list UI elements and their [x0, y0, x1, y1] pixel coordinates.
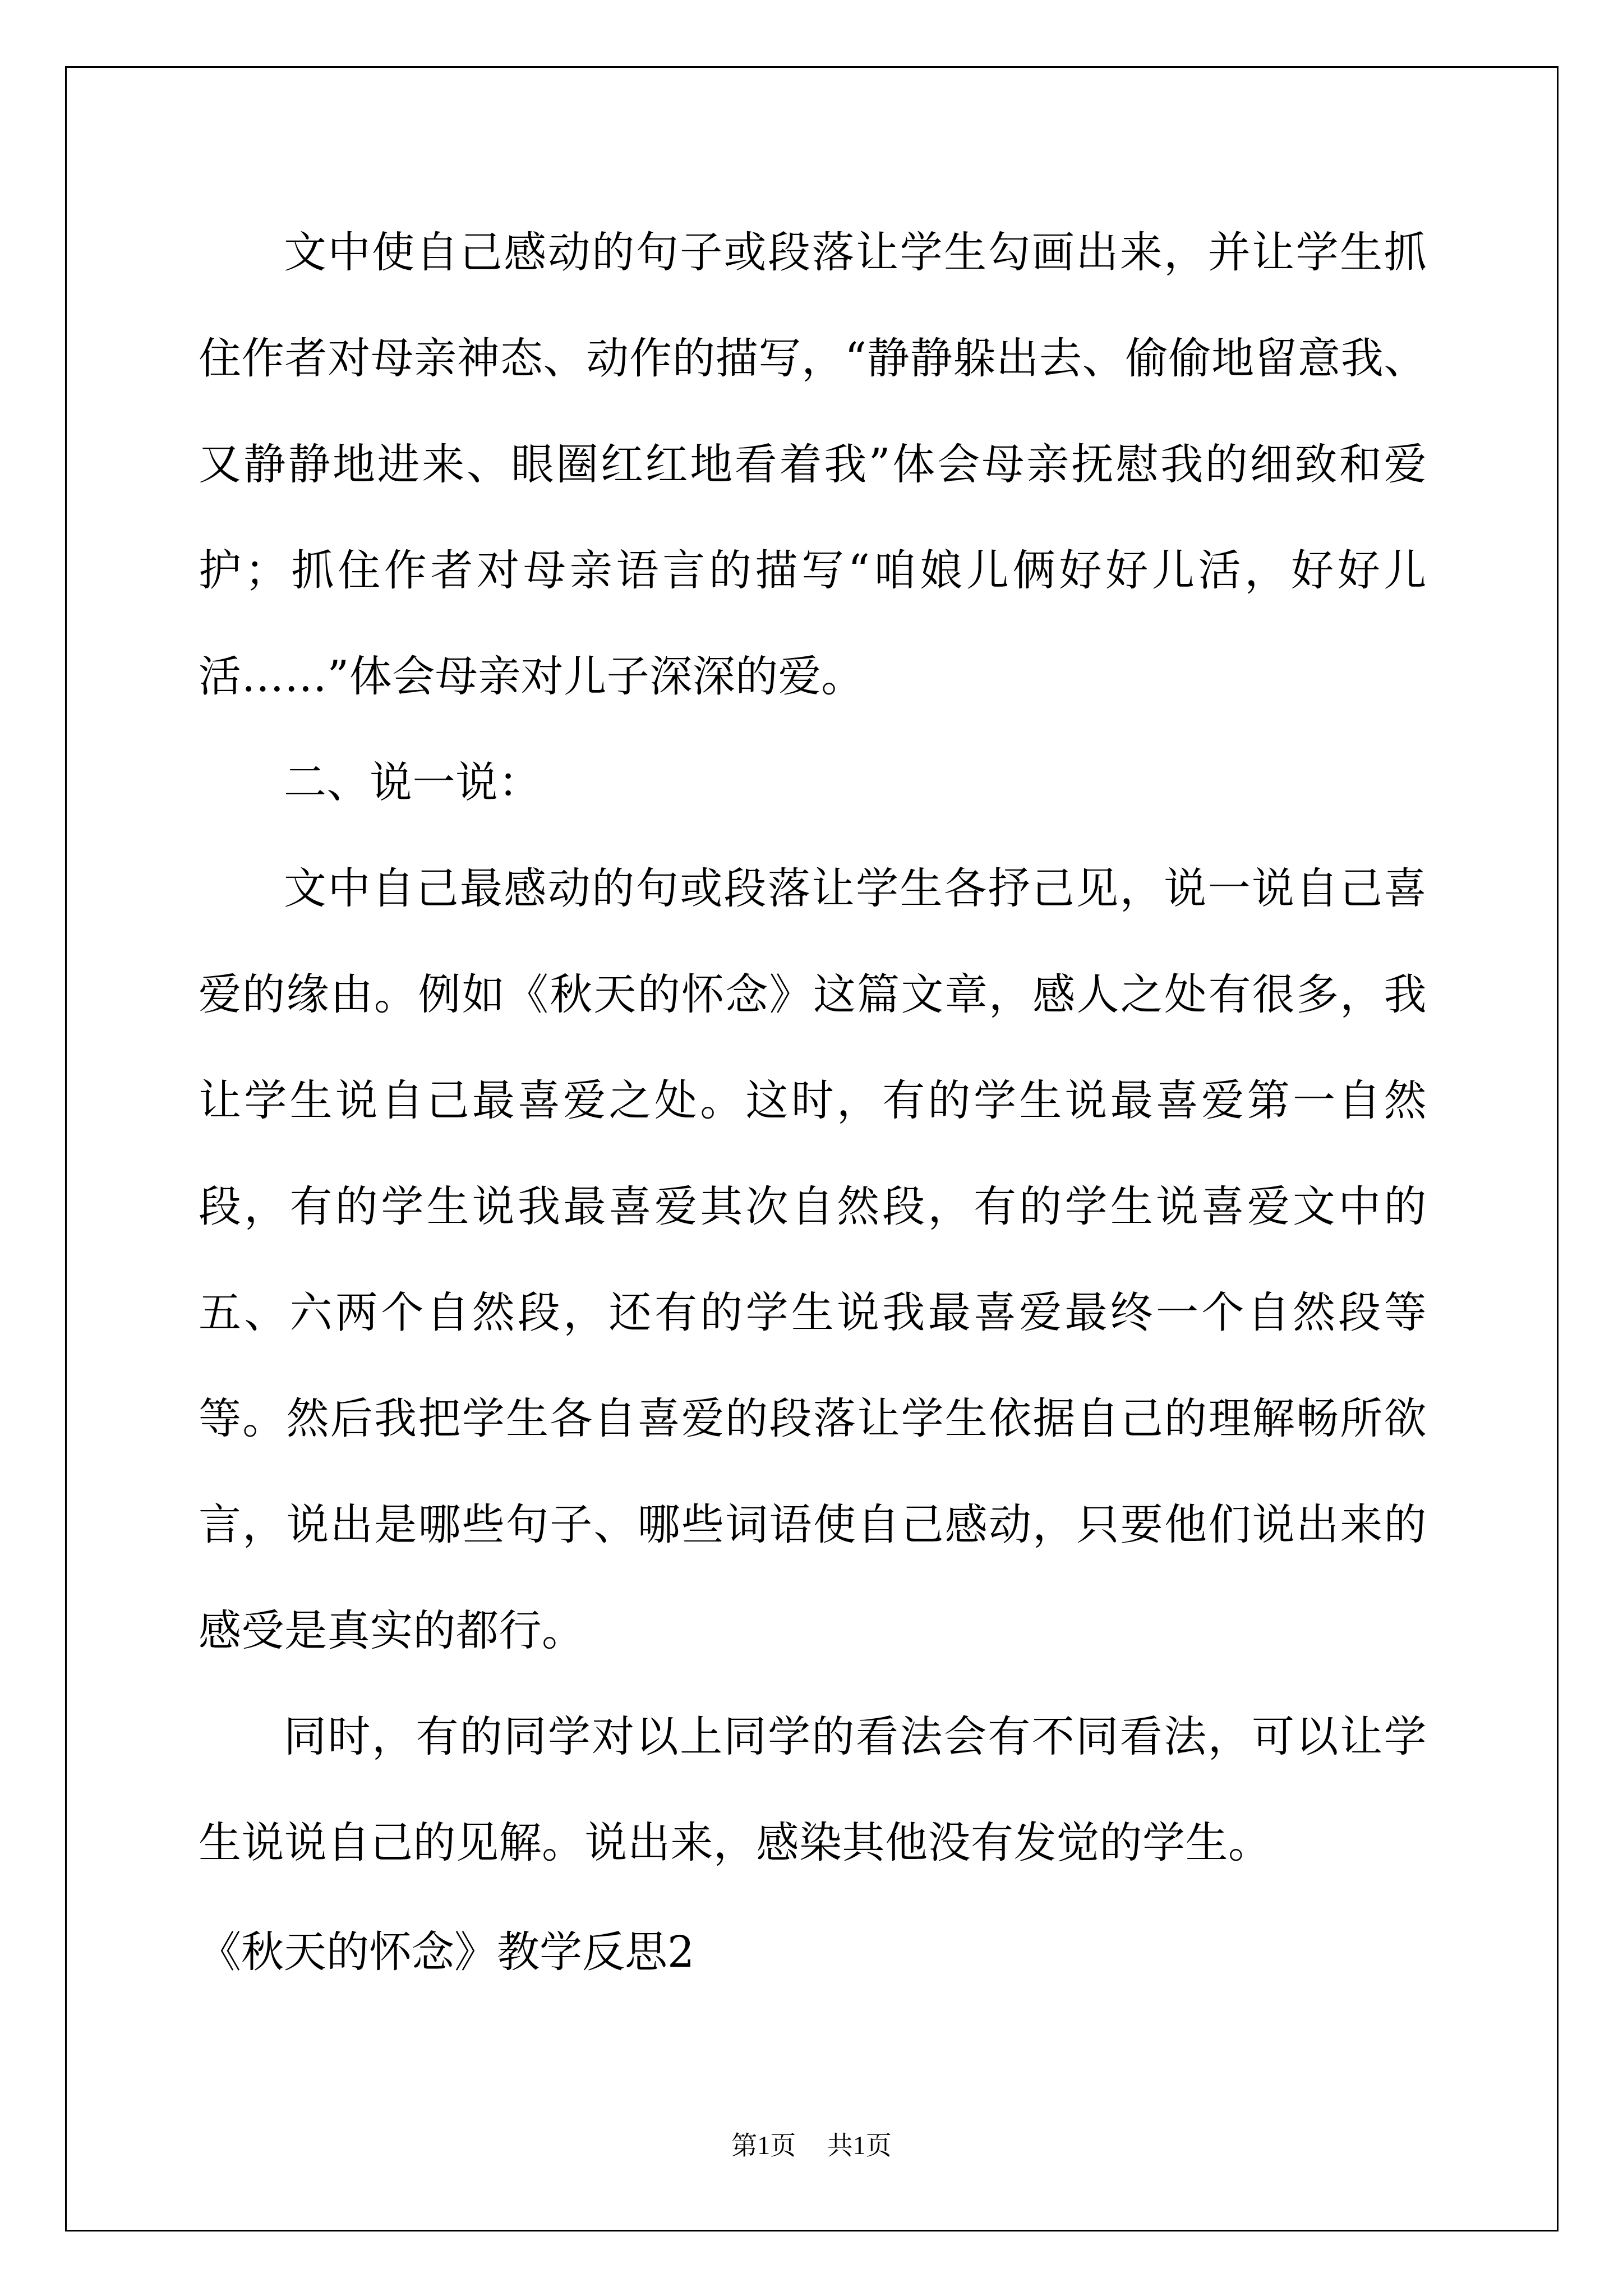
- subheading-say: 二、说一说：: [199, 729, 1427, 835]
- paragraph-1: 文中使自己感动的句子或段落让学生勾画出来，并让学生抓住作者对母亲神态、动作的描写…: [199, 199, 1427, 729]
- page-number-total: 共1页: [827, 2131, 892, 2160]
- paragraph-2: 文中自己最感动的句或段落让学生各抒己见，说一说自己喜爱的缘由。例如《秋天的怀念》…: [199, 835, 1427, 1683]
- paragraph-3: 同时，有的同学对以上同学的看法会有不同看法，可以让学生说说自己的见解。说出来，感…: [199, 1683, 1427, 1895]
- document-body: 文中使自己感动的句子或段落让学生勾画出来，并让学生抓住作者对母亲神态、动作的描写…: [199, 199, 1427, 1895]
- page-footer: 第1页 共1页: [0, 2129, 1623, 2162]
- page-number-current: 第1页: [731, 2131, 796, 2160]
- section-heading: 《秋天的怀念》教学反思2: [199, 1924, 694, 1980]
